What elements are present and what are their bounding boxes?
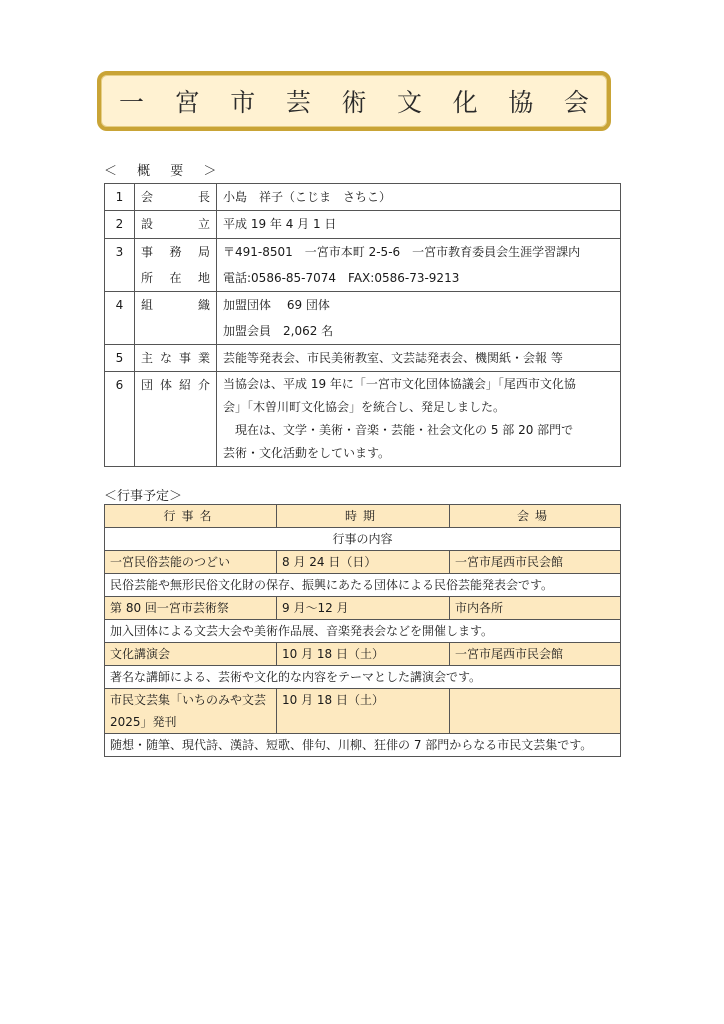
established-value: 平成 19 年 4 月 1 日 <box>217 211 621 239</box>
events-table: 行事名 時期 会場 行事の内容 一宮民俗芸能のつどい 8 月 24 日（日） 一… <box>104 504 621 757</box>
event-row: 文化講演会 10 月 18 日（土） 一宮市尾西市民会館 <box>105 643 621 666</box>
event-row: 第 80 回一宮市芸術祭 9 月～12 月 市内各所 <box>105 597 621 620</box>
office-address-value: 〒491-8501 一宮市本町 2-5-6 一宮市教育委員会生涯学習課内 電話:… <box>217 239 621 292</box>
title-char: 文 <box>397 83 422 119</box>
event-row: 市民文芸集「いちのみや文芸 2025」発刊 10 月 18 日（土） <box>105 689 621 734</box>
organization-value: 加盟団体 69 団体 加盟会員 2,062 名 <box>217 292 621 345</box>
main-activities-value: 芸能等発表会、市民美術教室、文芸誌発表会、機関紙・会報 等 <box>217 345 621 372</box>
events-content-header-row: 行事の内容 <box>105 528 621 551</box>
overview-row: 2 設立 平成 19 年 4 月 1 日 <box>105 211 621 239</box>
president-value: 小島 祥子（こじま さちこ） <box>217 184 621 211</box>
overview-row: 4 組織 加盟団体 69 団体 加盟会員 2,062 名 <box>105 292 621 345</box>
events-header-row: 行事名 時期 会場 <box>105 505 621 528</box>
events-heading: ＜行事予定＞ <box>104 485 182 504</box>
title-char: 会 <box>564 83 589 119</box>
title-char: 一 <box>119 83 144 119</box>
introduction-value: 当協会は、平成 19 年に「一宮市文化団体協議会」「尾西市文化協 会」「木曽川町… <box>217 372 621 467</box>
event-description-row: 民俗芸能や無形民俗文化財の保存、振興にあたる団体による民俗芸能発表会です。 <box>105 574 621 597</box>
overview-heading: ＜ 概 要 ＞ <box>104 160 224 179</box>
title-char: 術 <box>341 83 366 119</box>
overview-row: 3 事務局 所在地 〒491-8501 一宮市本町 2-5-6 一宮市教育委員会… <box>105 239 621 292</box>
overview-row: 1 会長 小島 祥子（こじま さちこ） <box>105 184 621 211</box>
title-char: 協 <box>508 83 533 119</box>
overview-row: 6 団体紹介 当協会は、平成 19 年に「一宮市文化団体協議会」「尾西市文化協 … <box>105 372 621 467</box>
title-char: 宮 <box>175 83 200 119</box>
overview-table: 1 会長 小島 祥子（こじま さちこ） 2 設立 平成 19 年 4 月 1 日… <box>104 183 621 467</box>
event-description-row: 随想・随筆、現代詩、漢詩、短歌、俳句、川柳、狂俳の 7 部門からなる市民文芸集で… <box>105 734 621 757</box>
event-row: 一宮民俗芸能のつどい 8 月 24 日（日） 一宮市尾西市民会館 <box>105 551 621 574</box>
event-description-row: 加入団体による文芸大会や美術作品展、音楽発表会などを開催します。 <box>105 620 621 643</box>
title-char: 市 <box>230 83 255 119</box>
title-char: 芸 <box>286 83 311 119</box>
event-description-row: 著名な講師による、芸術や文化的な内容をテーマとした講演会です。 <box>105 666 621 689</box>
document-title: 一 宮 市 芸 術 文 化 協 会 <box>97 71 611 131</box>
overview-row: 5 主な事業 芸能等発表会、市民美術教室、文芸誌発表会、機関紙・会報 等 <box>105 345 621 372</box>
title-char: 化 <box>453 83 478 119</box>
